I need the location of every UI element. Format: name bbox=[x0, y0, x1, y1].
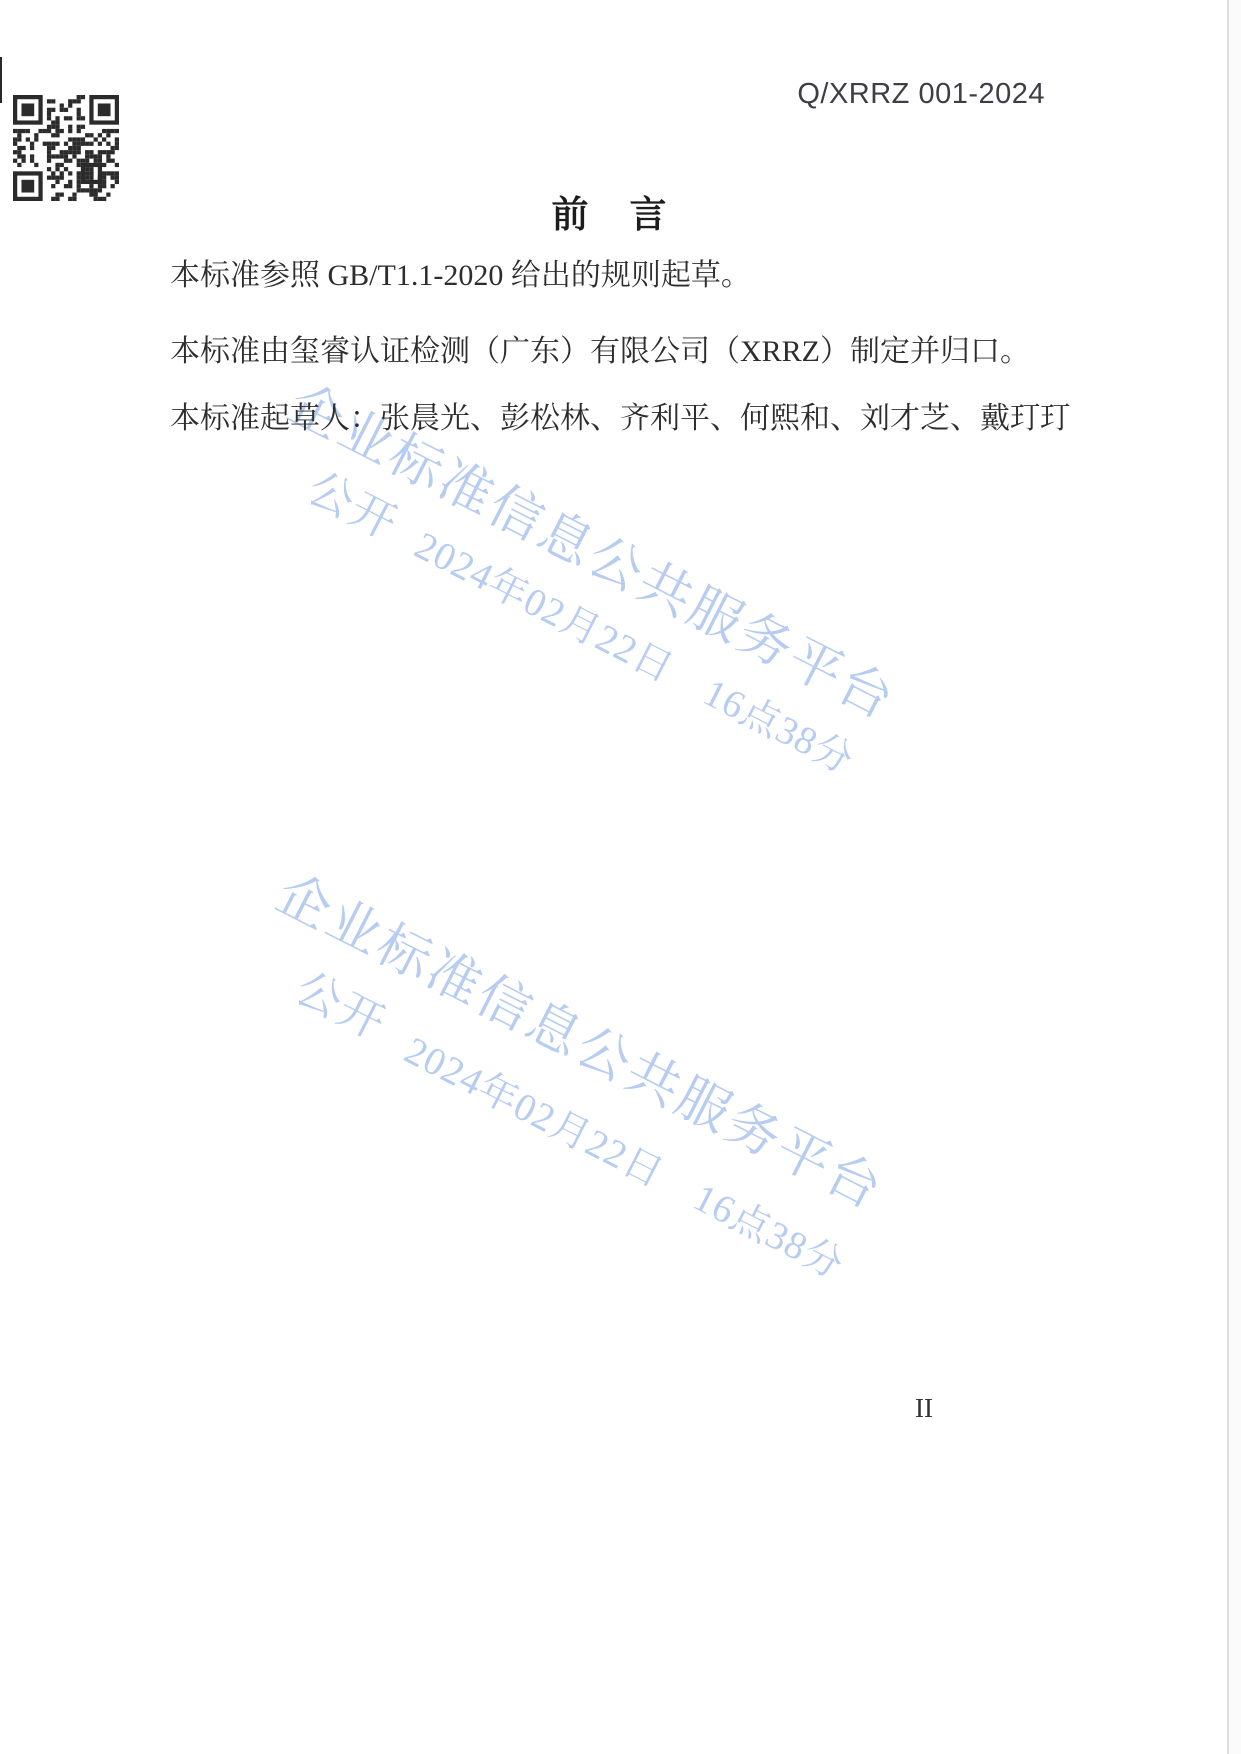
paragraph-drafting-rules: 本标准参照 GB/T1.1-2020 给出的规则起草。 bbox=[170, 258, 751, 294]
qr-code-icon bbox=[13, 95, 119, 201]
document-page: Q/XRRZ 001-2024 前 言 本标准参照 GB/T1.1-2020 给… bbox=[0, 0, 1241, 1754]
doc-number: Q/XRRZ 001-2024 bbox=[797, 78, 1045, 111]
page-title: 前 言 bbox=[0, 194, 1220, 238]
page-right-gutter bbox=[1229, 0, 1241, 1754]
page-right-edge-line bbox=[1227, 0, 1229, 1754]
paragraph-proposing-org: 本标准由玺睿认证检测（广东）有限公司（XRRZ）制定并归口。 bbox=[170, 334, 1030, 370]
page-number: II bbox=[915, 1393, 933, 1424]
paragraph-drafters: 本标准起草人：张晨光、彭松林、齐利平、何熙和、刘才芝、戴玎玎 bbox=[170, 401, 1070, 437]
page-left-edge-mark bbox=[0, 57, 2, 103]
